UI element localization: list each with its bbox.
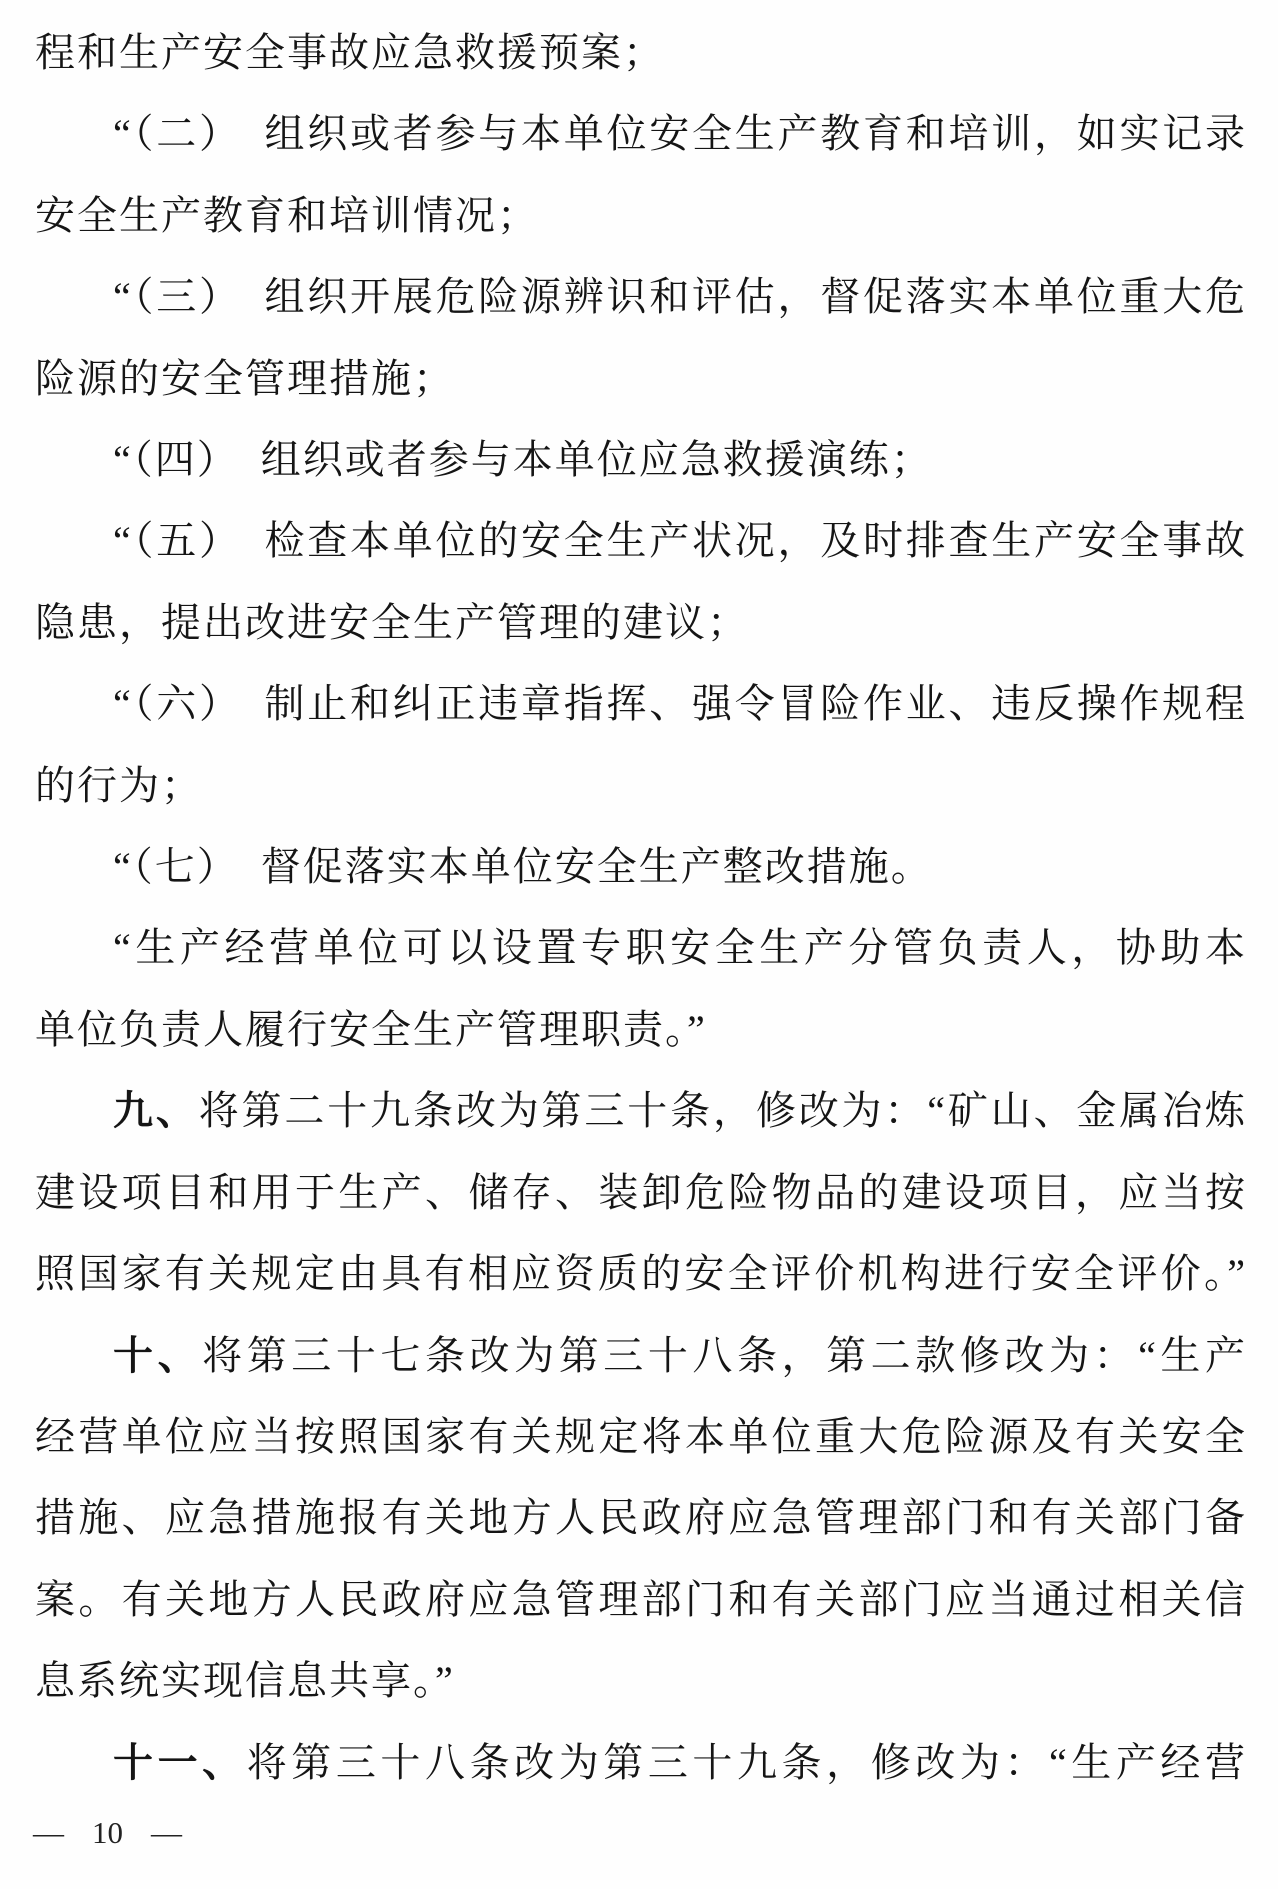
line-text: 措施、应急措施报有关地方人民政府应急管理部门和有关部门备 [35, 1495, 1247, 1540]
line-text: “（五） 检查本单位的安全生产状况，及时排查生产安全事故 [113, 518, 1247, 563]
text-line: “（六） 制止和纠正违章指挥、强令冒险作业、违反操作规程 [35, 663, 1247, 744]
text-line: “（三） 组织开展危险源辨识和评估，督促落实本单位重大危 [35, 256, 1247, 337]
line-text: “（四） 组织或者参与本单位应急救援演练； [113, 437, 933, 482]
text-line: 隐患，提出改进安全生产管理的建议； [35, 582, 1247, 663]
text-line: 息系统实现信息共享。” [35, 1640, 1247, 1721]
text-line: 十一、将第三十八条改为第三十九条，修改为：“生产经营 [35, 1722, 1247, 1803]
line-text: 的行为； [35, 763, 203, 808]
section-number: 十、 [113, 1333, 202, 1378]
text-line: 安全生产教育和培训情况； [35, 175, 1247, 256]
section-number: 十一、 [113, 1740, 247, 1785]
line-text: 将第三十七条改为第三十八条，第二款修改为：“生产 [202, 1333, 1247, 1378]
page-number-dash-right: — [151, 1813, 182, 1853]
line-text: “（七） 督促落实本单位安全生产整改措施。 [113, 844, 933, 889]
text-line: “（二） 组织或者参与本单位安全生产教育和培训，如实记录 [35, 93, 1247, 174]
text-line: 经营单位应当按照国家有关规定将本单位重大危险源及有关安全 [35, 1396, 1247, 1477]
text-line: “生产经营单位可以设置专职安全生产分管负责人，协助本 [35, 907, 1247, 988]
text-line: 程和生产安全事故应急救援预案； [35, 12, 1247, 93]
page-number: — 10 — [33, 1813, 182, 1853]
page-number-value: 10 [92, 1813, 123, 1853]
section-number: 九、 [113, 1088, 199, 1133]
line-text: 照国家有关规定由具有相应资质的安全评价机构进行安全评价。” [35, 1251, 1247, 1296]
text-line: 九、将第二十九条改为第三十条，修改为：“矿山、金属冶炼 [35, 1070, 1247, 1151]
line-text: 险源的安全管理措施； [35, 356, 455, 401]
text-line: 照国家有关规定由具有相应资质的安全评价机构进行安全评价。” [35, 1233, 1247, 1314]
line-text: 隐患，提出改进安全生产管理的建议； [35, 600, 749, 645]
line-text: 安全生产教育和培训情况； [35, 193, 539, 238]
text-line: 险源的安全管理措施； [35, 338, 1247, 419]
text-line: 措施、应急措施报有关地方人民政府应急管理部门和有关部门备 [35, 1477, 1247, 1558]
text-line: “（五） 检查本单位的安全生产状况，及时排查生产安全事故 [35, 500, 1247, 581]
line-text: “（三） 组织开展危险源辨识和评估，督促落实本单位重大危 [113, 274, 1247, 319]
line-text: 建设项目和用于生产、储存、装卸危险物品的建设项目，应当按 [35, 1170, 1247, 1215]
text-line: “（七） 督促落实本单位安全生产整改措施。 [35, 826, 1247, 907]
line-text: 单位负责人履行安全生产管理职责。” [35, 1007, 707, 1052]
line-text: “（六） 制止和纠正违章指挥、强令冒险作业、违反操作规程 [113, 681, 1247, 726]
line-text: 将第二十九条改为第三十条，修改为：“矿山、金属冶炼 [199, 1088, 1247, 1133]
line-text: 经营单位应当按照国家有关规定将本单位重大危险源及有关安全 [35, 1414, 1247, 1459]
line-text: 案。有关地方人民政府应急管理部门和有关部门应当通过相关信 [35, 1577, 1247, 1622]
document-page: 程和生产安全事故应急救援预案； “（二） 组织或者参与本单位安全生产教育和培训，… [0, 0, 1278, 1889]
line-text: 息系统实现信息共享。” [35, 1658, 455, 1703]
document-body: 程和生产安全事故应急救援预案； “（二） 组织或者参与本单位安全生产教育和培训，… [35, 12, 1247, 1803]
text-line: 建设项目和用于生产、储存、装卸危险物品的建设项目，应当按 [35, 1152, 1247, 1233]
text-line: “（四） 组织或者参与本单位应急救援演练； [35, 419, 1247, 500]
line-text: 将第三十八条改为第三十九条，修改为：“生产经营 [247, 1740, 1247, 1785]
text-line: 单位负责人履行安全生产管理职责。” [35, 989, 1247, 1070]
text-line: 案。有关地方人民政府应急管理部门和有关部门应当通过相关信 [35, 1559, 1247, 1640]
text-line: 十、将第三十七条改为第三十八条，第二款修改为：“生产 [35, 1315, 1247, 1396]
line-text: “生产经营单位可以设置专职安全生产分管负责人，协助本 [113, 925, 1247, 970]
text-line: 的行为； [35, 745, 1247, 826]
line-text: “（二） 组织或者参与本单位安全生产教育和培训，如实记录 [113, 111, 1247, 156]
page-number-dash-left: — [33, 1813, 64, 1853]
line-text: 程和生产安全事故应急救援预案； [35, 30, 665, 75]
